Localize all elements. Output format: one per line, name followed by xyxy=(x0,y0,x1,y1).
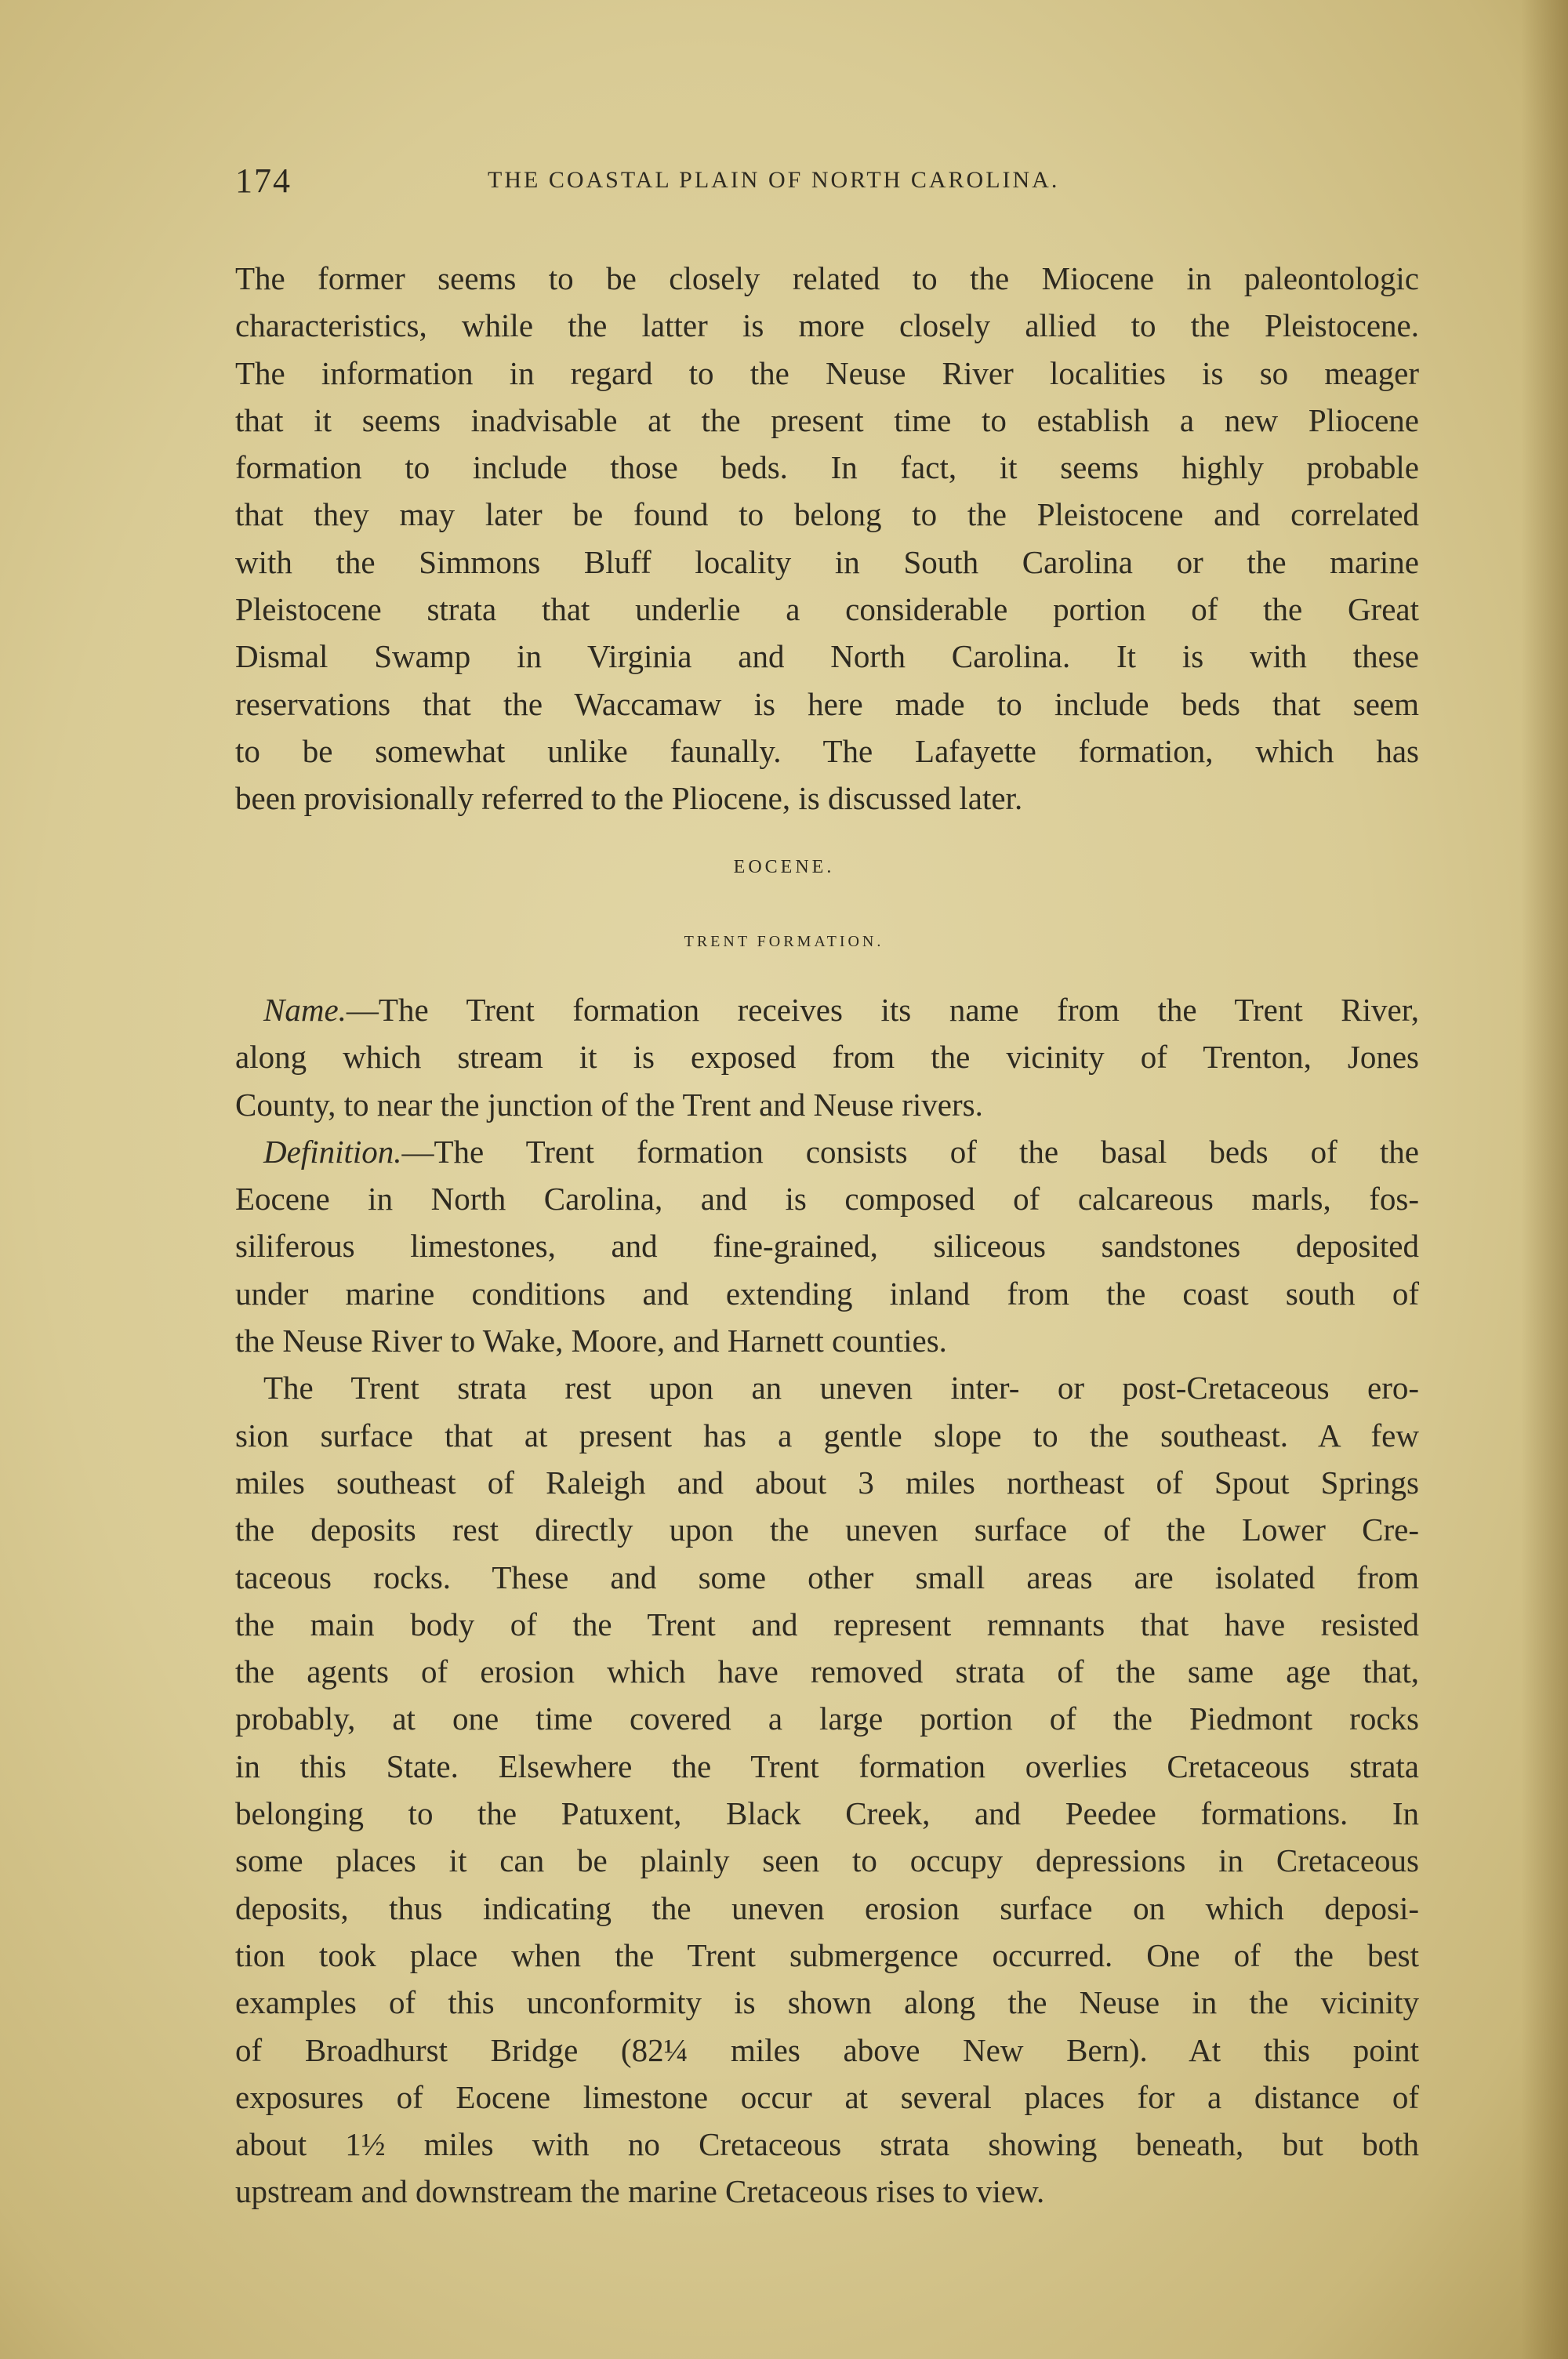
text-line: reservations that the Waccamaw is here m… xyxy=(235,680,1419,728)
name-label: Name. xyxy=(263,992,347,1028)
text-line: that it seems inadvisable at the present… xyxy=(235,397,1419,444)
text-fragment: —The Trent formation receives its name f… xyxy=(347,992,1419,1028)
page-header: 174 THE COASTAL PLAIN OF NORTH CAROLINA. xyxy=(235,161,1427,208)
text-line: with the Simmons Bluff locality in South… xyxy=(235,539,1419,586)
text-line: under marine conditions and extending in… xyxy=(235,1270,1419,1317)
text-line: Pleistocene strata that underlie a consi… xyxy=(235,586,1419,633)
page-number: 174 xyxy=(235,161,292,201)
text-line: some places it can be plainly seen to oc… xyxy=(235,1837,1419,1884)
text-line: examples of this unconformity is shown a… xyxy=(235,1979,1419,2026)
text-line: in this State. Elsewhere the Trent forma… xyxy=(235,1743,1419,1790)
text-line: characteristics, while the latter is mor… xyxy=(235,302,1419,349)
text-line: miles southeast of Raleigh and about 3 m… xyxy=(235,1459,1419,1506)
definition-paragraph: Definition.—The Trent formation consists… xyxy=(235,1128,1419,1364)
trent-section-body: Name.—The Trent formation receives its n… xyxy=(235,986,1419,2216)
text-line: the agents of erosion which have removed… xyxy=(235,1648,1419,1695)
text-line: Definition.—The Trent formation consists… xyxy=(235,1128,1419,1175)
text-line: siliferous limestones, and fine-grained,… xyxy=(235,1222,1419,1269)
text-fragment: —The Trent formation consists of the bas… xyxy=(402,1134,1419,1170)
text-line: the deposits rest directly upon the unev… xyxy=(235,1506,1419,1553)
text-line: about 1½ miles with no Cretaceous strata… xyxy=(235,2121,1419,2168)
definition-label: Definition. xyxy=(263,1134,402,1170)
text-line: the Neuse River to Wake, Moore, and Harn… xyxy=(235,1317,1419,1364)
paragraph-continuation: The former seems to be closely related t… xyxy=(235,255,1419,822)
text-line: The Trent strata rest upon an uneven int… xyxy=(235,1364,1419,1411)
text-line: The information in regard to the Neuse R… xyxy=(235,350,1419,397)
text-line: Eocene in North Carolina, and is compose… xyxy=(235,1175,1419,1222)
text-line: along which stream it is exposed from th… xyxy=(235,1033,1419,1080)
text-line: the main body of the Trent and represent… xyxy=(235,1601,1419,1648)
text-line: exposures of Eocene limestone occur at s… xyxy=(235,2074,1419,2121)
text-line: of Broadhurst Bridge (82¼ miles above Ne… xyxy=(235,2027,1419,2074)
text-line: belonging to the Patuxent, Black Creek, … xyxy=(235,1790,1419,1837)
text-line: sion surface that at present has a gentl… xyxy=(235,1412,1419,1459)
text-line: taceous rocks. These and some other smal… xyxy=(235,1554,1419,1601)
page-body: The former seems to be closely related t… xyxy=(235,255,1419,822)
text-line: tion took place when the Trent submergen… xyxy=(235,1932,1419,1979)
section-heading-eocene: EOCENE. xyxy=(0,857,1568,878)
text-line: Dismal Swamp in Virginia and North Carol… xyxy=(235,633,1419,680)
text-line: formation to include those beds. In fact… xyxy=(235,444,1419,491)
subsection-heading-trent: TRENT FORMATION. xyxy=(0,933,1568,951)
text-line: to be somewhat unlike faunally. The Lafa… xyxy=(235,728,1419,775)
text-line: deposits, thus indicating the uneven ero… xyxy=(235,1885,1419,1932)
name-paragraph: Name.—The Trent formation receives its n… xyxy=(235,986,1419,1128)
text-line: been provisionally referred to the Plioc… xyxy=(235,775,1419,822)
trent-strata-paragraph: The Trent strata rest upon an uneven int… xyxy=(235,1364,1419,2215)
text-line: County, to near the junction of the Tren… xyxy=(235,1081,1419,1128)
page-edge-shadow xyxy=(1521,0,1568,2359)
running-title: THE COASTAL PLAIN OF NORTH CAROLINA. xyxy=(488,167,1059,194)
text-line: Name.—The Trent formation receives its n… xyxy=(235,986,1419,1033)
text-line: probably, at one time covered a large po… xyxy=(235,1695,1419,1742)
text-line: The former seems to be closely related t… xyxy=(235,255,1419,302)
text-line: that they may later be found to belong t… xyxy=(235,491,1419,538)
text-line: upstream and downstream the marine Creta… xyxy=(235,2168,1419,2215)
